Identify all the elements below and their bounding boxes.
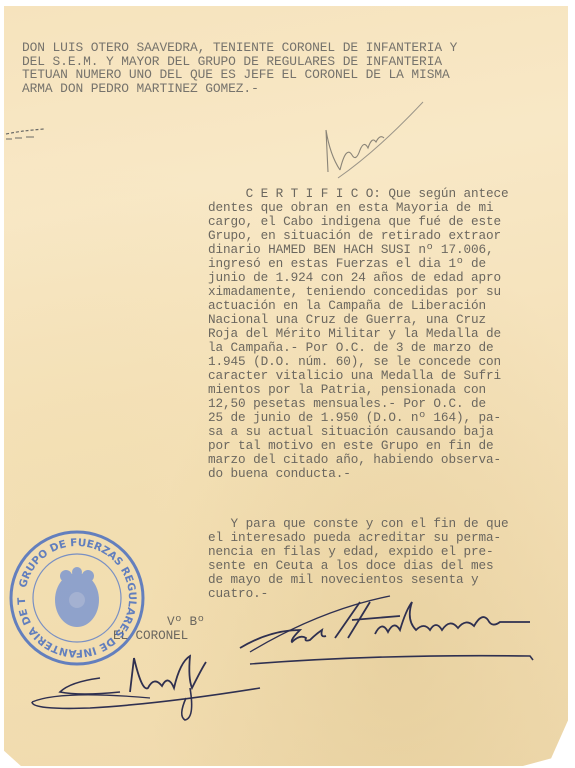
header-line: DEL S.E.M. Y MAYOR DEL GRUPO DE REGULARE… (22, 55, 457, 69)
vb-label: Vº Bº (165, 615, 205, 629)
signature-otero-saavedra (230, 590, 550, 670)
body-line: actuación en la Campaña de Liberación (208, 299, 509, 313)
pencil-initials (318, 100, 428, 180)
closing-paragraph: Y para que conste y con el fin de queel … (208, 517, 509, 601)
body-line: mientos por la Patria, pensionada con (208, 383, 509, 397)
body-line: cargo, el Cabo indigena que fué de este (208, 215, 509, 229)
header-block: DON LUIS OTERO SAAVEDRA, TENIENTE CORONE… (22, 41, 457, 95)
body-line: ximadamente, teniendo concedidas por su (208, 285, 509, 299)
signature-colonel (30, 648, 270, 728)
header-line: ARMA DON PEDRO MARTINEZ GOMEZ.- (22, 82, 457, 96)
margin-pencil-mark (4, 126, 54, 146)
closing-line: de mayo de mil novecientos sesenta y (208, 573, 509, 587)
closing-line: sente en Ceuta a los doce dias del mes (208, 559, 509, 573)
body-line: la Campaña.- Por O.C. de 3 de marzo de (208, 341, 509, 355)
body-line: junio de 1.924 con 24 años de edad apro (208, 271, 509, 285)
body-line: 12,50 pesetas mensuales.- Por O.C. de (208, 397, 509, 411)
body-line: Roja del Mérito Militar y la Medalla de (208, 327, 509, 341)
closing-line: nencia en filas y edad, expido el pre- (208, 545, 509, 559)
body-line: ingresó en estas Fuerzas el dia 1º de (208, 257, 509, 271)
closing-line: Y para que conste y con el fin de que (208, 517, 509, 531)
header-line: DON LUIS OTERO SAAVEDRA, TENIENTE CORONE… (22, 41, 457, 55)
official-stamp: GRUPO DE FUERZAS REGULARES DE INFANTERIA… (4, 528, 150, 668)
body-line: do buena conducta.- (208, 467, 509, 481)
approval-block: Vº BºEL CORONEL (165, 615, 205, 643)
header-line: TETUAN NUMERO UNO DEL QUE ES JEFE EL COR… (22, 68, 457, 82)
body-line: marzo del citado año, habiendo observa- (208, 453, 509, 467)
body-line: 1.945 (D.O. núm. 60), se le concede con (208, 355, 509, 369)
body-line: dentes que obran en esta Mayoria de mi (208, 201, 509, 215)
body-line: Nacional una Cruz de Guerra, una Cruz (208, 313, 509, 327)
body-line: dinario HAMED BEN HACH SUSI nº 17.006, (208, 243, 509, 257)
body-line: C E R T I F I C O: Que según antece (208, 187, 509, 201)
certificate-body: C E R T I F I C O: Que según antecedente… (208, 187, 509, 481)
body-line: 25 de junio de 1.950 (D.O. nº 164), pa- (208, 411, 509, 425)
eagle-emblem-icon (55, 567, 99, 627)
body-line: caracter vitalicio una Medalla de Sufri (208, 369, 509, 383)
closing-line: el interesado pueda acreditar su perma- (208, 531, 509, 545)
body-line: por tal motivo en este Grupo en fin de (208, 439, 509, 453)
body-line: sa a su actual situación causando baja (208, 425, 509, 439)
body-line: Grupo, en situación de retirado extraor (208, 229, 509, 243)
